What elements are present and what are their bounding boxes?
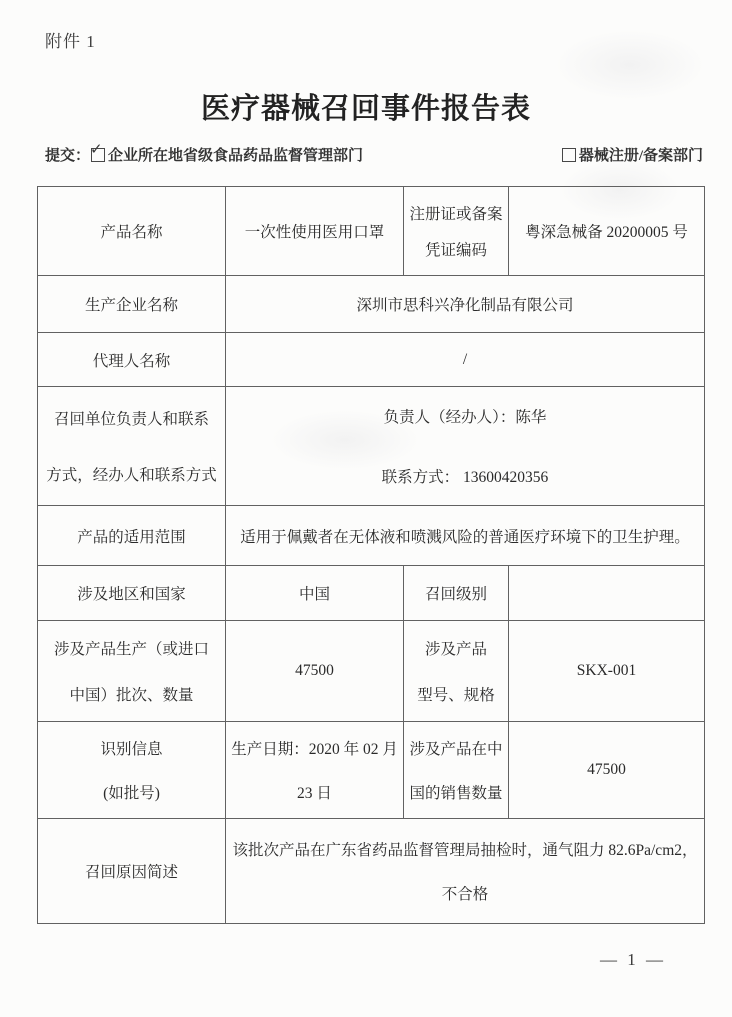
label-line: 召回单位负责人和联系 (54, 407, 209, 429)
province-checkbox-checked: ✓ (91, 148, 105, 162)
label-line: 涉及产品在中 (410, 737, 503, 759)
label-line: 涉及产品 (425, 637, 487, 659)
recall-report-table: 产品名称 一次性使用医用口罩 注册证或备案 凭证编码 粤深急械备 2020000… (37, 186, 705, 924)
table-row: 产品的适用范围 适用于佩戴者在无体液和喷溅风险的普通医疗环境下的卫生护理。 (38, 506, 705, 566)
recall-contact-phone: 联系方式： 13600420356 (382, 465, 549, 487)
label-line: 中国）批次、数量 (69, 683, 193, 705)
label-line: 注册证或备案 (410, 202, 503, 224)
value-line: 23 日 (297, 781, 332, 803)
recall-contact-person: 负责人（经办人）：陈华 (384, 405, 547, 427)
recall-level-label: 召回级别 (404, 566, 509, 621)
page-number: — 1 — (600, 950, 666, 970)
manufacturer-value: 深圳市思科兴净化制品有限公司 (226, 276, 705, 333)
label-line: 识别信息 (100, 737, 162, 759)
table-row: 产品名称 一次性使用医用口罩 注册证或备案 凭证编码 粤深急械备 2020000… (38, 187, 705, 276)
submit-prefix: 提交： (45, 144, 90, 165)
agent-value: / (226, 333, 705, 387)
label-line: 凭证编码 (425, 238, 487, 260)
model-spec-label: 涉及产品 型号、规格 (404, 621, 509, 722)
registration-code-label: 注册证或备案 凭证编码 (404, 187, 509, 276)
model-spec-value: SKX-001 (509, 621, 705, 722)
product-name-label: 产品名称 (38, 187, 226, 276)
product-name-value: 一次性使用医用口罩 (226, 187, 404, 276)
table-row: 召回单位负责人和联系 方式，经办人和联系方式 负责人（经办人）：陈华 联系方式：… (38, 387, 705, 506)
registration-code-value: 粤深急械备 20200005 号 (509, 187, 705, 276)
recall-contact-value: 负责人（经办人）：陈华 联系方式： 13600420356 (226, 387, 705, 506)
document-page: 附件 1 医疗器械召回事件报告表 提交： ✓ 企业所在地省级食品药品监督管理部门… (0, 0, 732, 1017)
label-line: 型号、规格 (417, 683, 495, 705)
table-row: 识别信息 (如批号) 生产日期：2020 年 02 月 23 日 涉及产品在中 … (38, 722, 705, 819)
table-row: 生产企业名称 深圳市思科兴净化制品有限公司 (38, 276, 705, 333)
label-line: 涉及产品生产（或进口 (54, 637, 209, 659)
recall-reason-value: 该批次产品在广东省药品监督管理局抽检时，通气阻力 82.6Pa/cm2， 不合格 (226, 819, 705, 924)
recall-level-value (509, 566, 705, 621)
submit-option-registration-group: 器械注册/备案部门 (561, 144, 703, 165)
value-line: 生产日期：2020 年 02 月 (231, 737, 398, 759)
recall-contact-label: 召回单位负责人和联系 方式，经办人和联系方式 (38, 387, 226, 506)
table-row: 涉及地区和国家 中国 召回级别 (38, 566, 705, 621)
table-row: 涉及产品生产（或进口 中国）批次、数量 47500 涉及产品 型号、规格 SKX… (38, 621, 705, 722)
batch-quantity-label: 涉及产品生产（或进口 中国）批次、数量 (38, 621, 226, 722)
value-line: 不合格 (442, 882, 489, 904)
production-date-value: 生产日期：2020 年 02 月 23 日 (226, 722, 404, 819)
manufacturer-label: 生产企业名称 (38, 276, 226, 333)
table-row: 代理人名称 / (38, 333, 705, 387)
scope-value: 适用于佩戴者在无体液和喷溅风险的普通医疗环境下的卫生护理。 (226, 506, 705, 566)
label-line: 方式，经办人和联系方式 (46, 463, 217, 485)
recall-reason-label: 召回原因简述 (38, 819, 226, 924)
submit-option-province-group: 提交： ✓ 企业所在地省级食品药品监督管理部门 (45, 144, 363, 165)
page-title: 医疗器械召回事件报告表 (0, 86, 732, 127)
region-value: 中国 (226, 566, 404, 621)
identification-label: 识别信息 (如批号) (38, 722, 226, 819)
label-line: (如批号) (103, 781, 160, 803)
submit-option-registration-label: 器械注册/备案部门 (579, 144, 703, 165)
scope-label: 产品的适用范围 (38, 506, 226, 566)
batch-quantity-value: 47500 (226, 621, 404, 722)
check-mark-icon: ✓ (90, 140, 103, 158)
value-line: 该批次产品在广东省药品监督管理局抽检时，通气阻力 82.6Pa/cm2， (233, 838, 698, 860)
registration-checkbox-unchecked (562, 148, 576, 162)
attachment-label: 附件 1 (45, 27, 96, 52)
agent-label: 代理人名称 (38, 333, 226, 387)
table-row: 召回原因简述 该批次产品在广东省药品监督管理局抽检时，通气阻力 82.6Pa/c… (38, 819, 705, 924)
submit-option-province-label: 企业所在地省级食品药品监督管理部门 (108, 144, 363, 165)
sales-quantity-value: 47500 (509, 722, 705, 819)
label-line: 国的销售数量 (410, 781, 503, 803)
sales-quantity-label: 涉及产品在中 国的销售数量 (404, 722, 509, 819)
submit-line: 提交： ✓ 企业所在地省级食品药品监督管理部门 器械注册/备案部门 (45, 144, 703, 165)
region-label: 涉及地区和国家 (38, 566, 226, 621)
